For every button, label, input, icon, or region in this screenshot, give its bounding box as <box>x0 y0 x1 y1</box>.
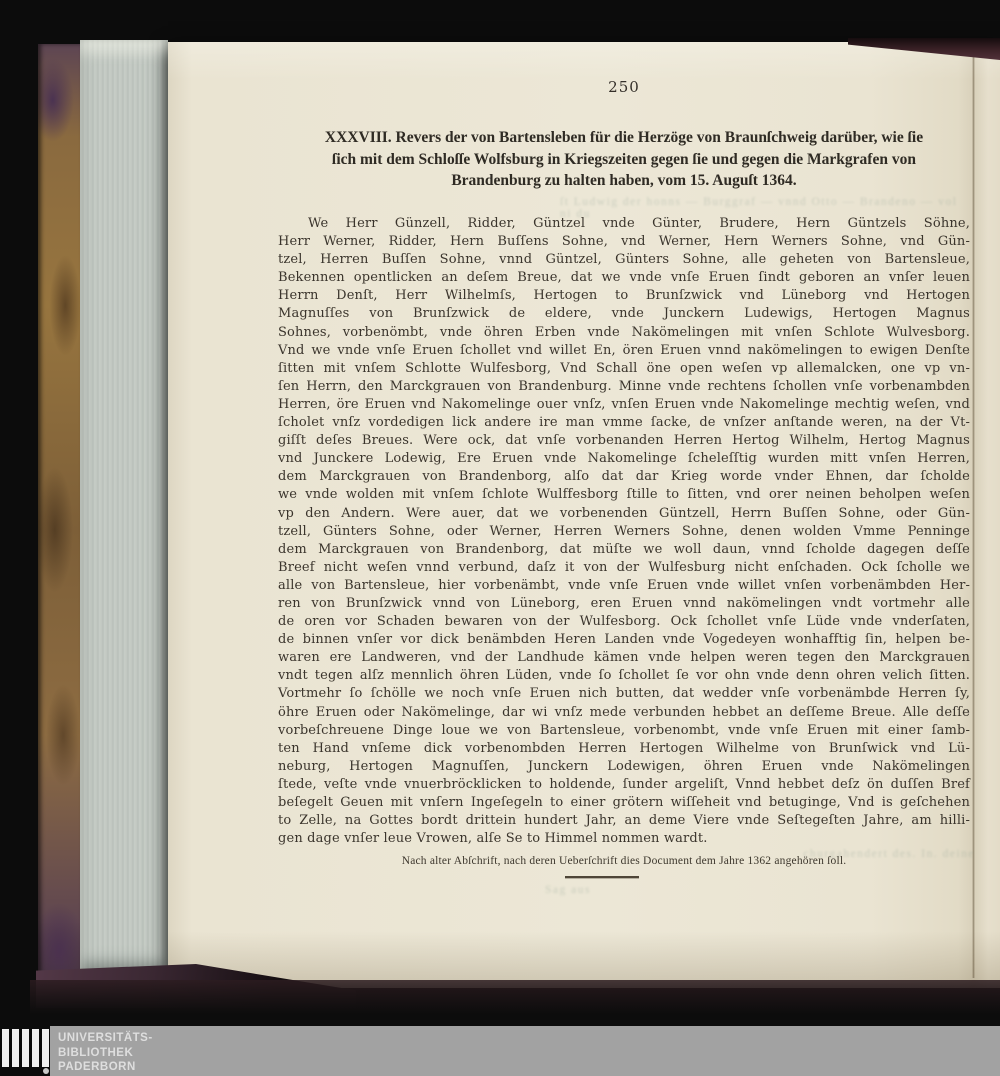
document-heading: XXXVIII. Revers der von Bartensleben für… <box>276 127 972 192</box>
page-block-fore-edge <box>80 40 168 974</box>
body-line: vndt tegen alſz mennlich öhren Lüden, vn… <box>278 667 970 685</box>
end-rule <box>565 876 639 878</box>
body-line: we vnde wolden mit vnſem ſchlote Wulffes… <box>278 486 970 504</box>
heading-line: ſich mit dem Schloſſe Wolfsburg in Krieg… <box>276 149 972 171</box>
logo-bar <box>12 1029 19 1076</box>
page-number: 250 <box>278 78 970 96</box>
body-line: Sohnes, vorbenömbt, vnde öhren Erben vnd… <box>278 324 970 342</box>
body-line: waren ere Landweren, vnd der Landhude kä… <box>278 649 970 667</box>
body-line: alle von Bartensleue, hier vorbenämbt, v… <box>278 577 970 595</box>
watermark-line: UNIVERSITÄTS- <box>58 1031 1000 1046</box>
body-line: ſitten mit vnſem Schlotte Wulfesborg, Vn… <box>278 360 970 378</box>
body-line: We Herr Günzell, Ridder, Güntzel vnde Gü… <box>278 215 970 233</box>
body-line: neburg, Hertogen Magnuſſen, Junckern Lod… <box>278 758 970 776</box>
body-line: ten Hand vnſeme dick vorbenombden Herren… <box>278 740 970 758</box>
logo-bar <box>32 1029 39 1076</box>
body-line: giſſt deſes Breues. Were ock, dat vnſe v… <box>278 432 970 450</box>
body-line: ſcholet vnſz vordedigen lick andere ire … <box>278 414 970 432</box>
body-line: Magnuſſes von Brunſzwick de eldere, vnde… <box>278 305 970 323</box>
logo-bar-with-dot <box>42 1029 49 1076</box>
body-line: vnd Junckere Lodewig, Ere Eruen vnde Nak… <box>278 450 970 468</box>
body-line: ren von Brunſzwick vnnd von Lüneborg, er… <box>278 595 970 613</box>
logo-dot <box>43 1068 49 1074</box>
body-line: öhre Eruen oder Nakömelinge, dar wi vnſz… <box>278 704 970 722</box>
body-line: Herren, öre Eruen vnd Nakomelinge ouer v… <box>278 396 970 414</box>
body-line: vp den Andern. Were auer, dat we vorbene… <box>278 505 970 523</box>
heading-line: XXXVIII. Revers der von Bartensleben für… <box>276 127 972 149</box>
document-body: We Herr Günzell, Ridder, Güntzel vnde Gü… <box>278 215 970 848</box>
body-line: Vortmehr ſo ſchölle we noch vnſe Eruen n… <box>278 685 970 703</box>
body-line: de oren vor Schaden bewaren von der Wulf… <box>278 613 970 631</box>
library-logo-icon <box>0 1026 50 1076</box>
body-line: gen dage vnſer leue Vrowen, alſe Se to H… <box>278 830 970 848</box>
body-line: to Zelle, na Gottes bordt drittein hunde… <box>278 812 970 830</box>
watermark-line: PADERBORN <box>58 1060 1000 1075</box>
show-through-text: Sag aus <box>545 884 745 896</box>
scanned-book-page: 250 XXXVIII. Revers der von Bartensleben… <box>0 0 1000 1076</box>
body-line: Vnd we vnde vnſe Eruen ſchollet vnd will… <box>278 342 970 360</box>
page-gutter-crease <box>972 52 975 978</box>
body-line: tzel, Herren Buſſen Sohne, vnnd Güntzel,… <box>278 251 970 269</box>
logo-bar <box>2 1029 9 1076</box>
body-line: dem Marckgrauen von Brandenborg, dat müſ… <box>278 541 970 559</box>
body-line: beſegelt Geuen mit vnſern Ingeſegeln to … <box>278 794 970 812</box>
book-cover-left-edge <box>38 44 80 978</box>
body-line: Herr Werner, Ridder, Hern Buſſens Sohne,… <box>278 233 970 251</box>
body-line: Bekennen opentlicken an deſem Breue, dat… <box>278 269 970 287</box>
body-line: de binnen vnſer vor dick benämbden Heren… <box>278 631 970 649</box>
body-line: tzell, Günters Sohne, oder Werner, Herre… <box>278 523 970 541</box>
book-bottom-shadow <box>30 980 1000 1026</box>
body-line: ſen Herrn, den Marckgrauen von Brandenbu… <box>278 378 970 396</box>
body-line: Herrn Denſt, Herr Wilhelmſs, Hertogen to… <box>278 287 970 305</box>
body-line: dem Marckgrauen von Brandenborg, alſo da… <box>278 468 970 486</box>
body-line: vorbeſchreuene Dinge loue we von Bartens… <box>278 722 970 740</box>
body-line: ſtede, veſte vnde vnuerbröcklicken to ho… <box>278 776 970 794</box>
logo-bar <box>22 1029 29 1076</box>
watermark-line: BIBLIOTHEK <box>58 1046 1000 1061</box>
library-watermark-band: UNIVERSITÄTS- BIBLIOTHEK PADERBORN <box>0 1026 1000 1076</box>
source-footnote: Nach alter Abſchrift, nach deren Ueberſc… <box>278 855 970 867</box>
heading-line: Brandenburg zu halten haben, vom 15. Aug… <box>276 170 972 192</box>
watermark-text-block: UNIVERSITÄTS- BIBLIOTHEK PADERBORN <box>50 1026 1000 1076</box>
body-line: Breef nicht weſen vnnd verbund, daſz it … <box>278 559 970 577</box>
